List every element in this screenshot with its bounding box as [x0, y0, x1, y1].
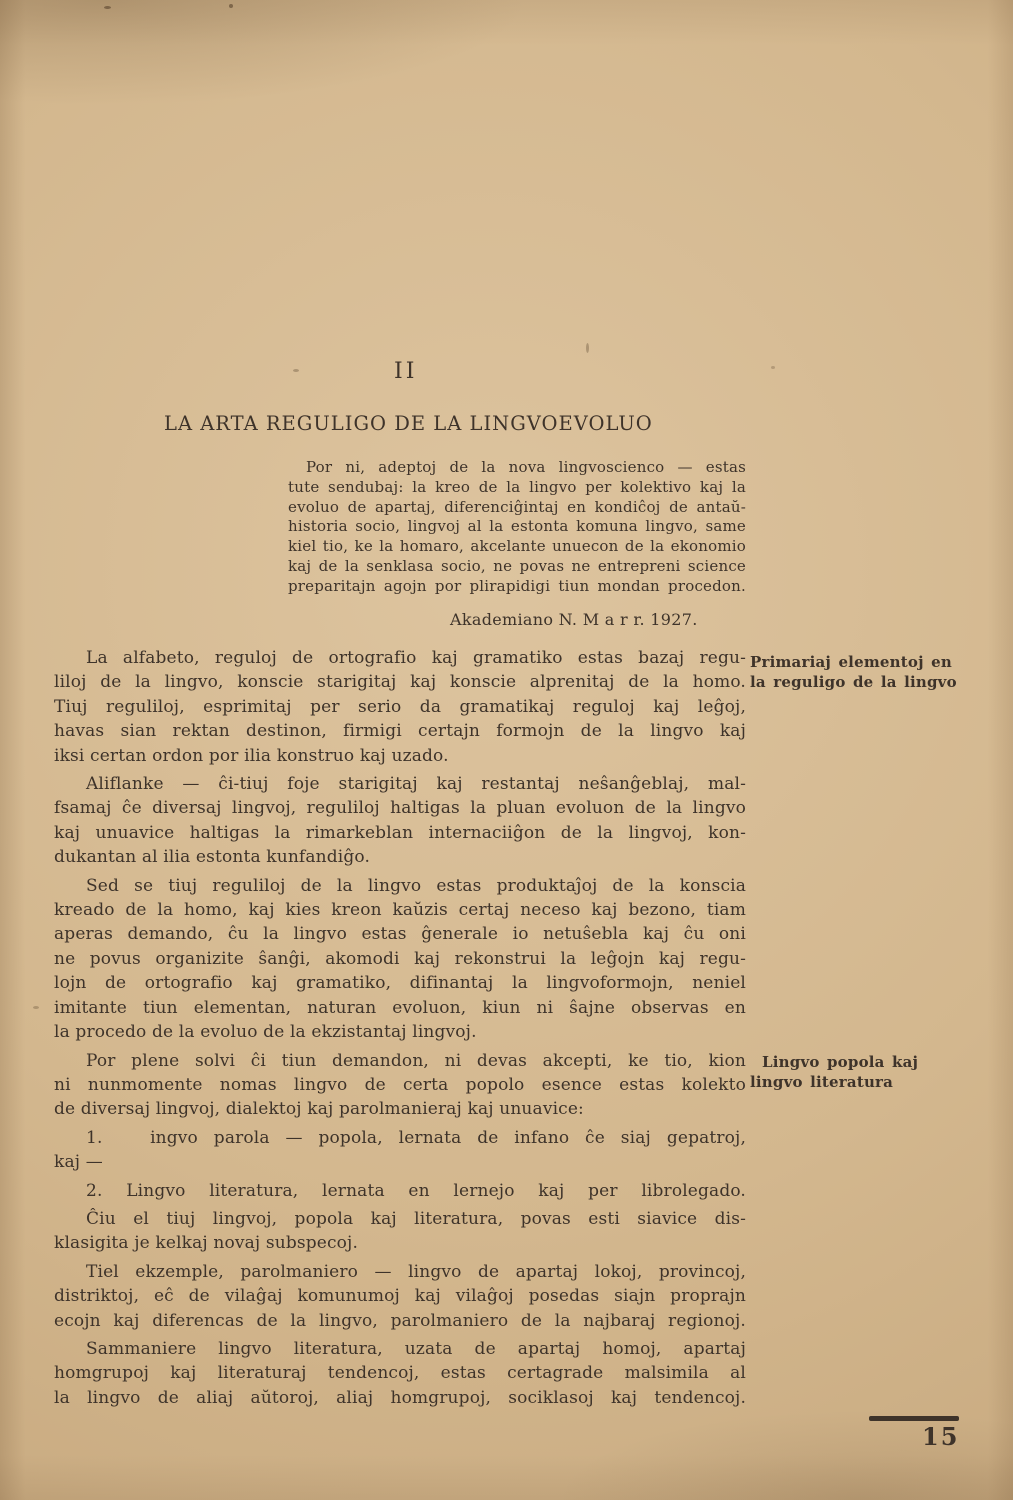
paragraph-chiu-el-tiuj: Ĉiu el tiuj lingvoj, popola kaj literatu… [54, 1207, 746, 1256]
footer-rule [869, 1416, 959, 1421]
text-line: Por plene solvi ĉi tiun demandon, ni dev… [54, 1049, 746, 1073]
text-line: la procedo de la evoluo de la ekzistanta… [54, 1020, 746, 1044]
paragraph-sed-se: Sed se tiuj reguliloj de la lingvo estas… [54, 874, 746, 1045]
text-line: Primariaj elementoj en [750, 652, 992, 672]
text-line: Sammaniere lingvo literatura, uzata de a… [54, 1337, 746, 1361]
paragraph-tiel-ekzemple: Tiel ekzemple, parolmaniero — lingvo de … [54, 1260, 746, 1333]
text-line: la lingvo de aliaj aŭtoroj, aliaj homgru… [54, 1386, 746, 1410]
text-line: liloj de la lingvo, konscie starigitaj k… [54, 670, 746, 694]
chapter-title: LA ARTA REGULIGO DE LA LINGVOEVOLUO [164, 412, 653, 435]
text-line: la reguligo de la lingvo [750, 672, 992, 692]
list-item-lingvo-parola: 1. ingvo parola — popola, lernata de inf… [54, 1126, 746, 1175]
text-line: kaj de la senklasa socio, ne povas ne en… [288, 557, 746, 577]
text-line: kiel tio, ke la homaro, akcelante unueco… [288, 537, 746, 557]
page-number: 15 [922, 1422, 959, 1451]
text-line: kaj — [54, 1150, 746, 1174]
paper-speck [33, 1006, 39, 1009]
text-line: preparitajn agojn por plirapidigi tiun m… [288, 577, 746, 597]
text-line: Ĉiu el tiuj lingvoj, popola kaj literatu… [54, 1207, 746, 1231]
text-line: 1. ingvo parola — popola, lernata de inf… [54, 1126, 746, 1150]
text-line: dukantan al ilia estonta kunfandiĝo. [54, 845, 746, 869]
paper-speck [229, 4, 233, 8]
text-line: Sed se tiuj reguliloj de la lingvo estas… [54, 874, 746, 898]
text-line: historia socio, lingvoj al la estonta ko… [288, 517, 746, 537]
text-line: kaj unuavice haltigas la rimarkeblan int… [54, 821, 746, 845]
text-line: lingvo literatura [750, 1072, 992, 1092]
text-line: distriktoj, eĉ de vilaĝaj komunumoj kaj … [54, 1284, 746, 1308]
paper-speck [586, 343, 589, 353]
book-page: II LA ARTA REGULIGO DE LA LINGVOEVOLUO P… [0, 0, 1013, 1500]
text-line: de diversaj lingvoj, dialektoj kaj parol… [54, 1097, 746, 1121]
text-line: Por ni, adeptoj de la nova lingvoscienco… [288, 458, 746, 478]
text-line: havas sian rektan destinon, firmigi cert… [54, 719, 746, 743]
margin-note-lingvo-popola: Lingvo popola kajlingvo literatura [750, 1052, 992, 1092]
epigraph-attribution: Akademiano N. M a r r. 1927. [450, 610, 698, 629]
text-line: kreado de la homo, kaj kies kreon kaŭzis… [54, 898, 746, 922]
margin-note-primariaj-elementoj: Primariaj elementoj enla reguligo de la … [750, 652, 992, 692]
text-line: klasigita je kelkaj novaj subspecoj. [54, 1231, 746, 1255]
paper-speck [104, 6, 111, 9]
text-line: aperas demando, ĉu la lingvo estas ĝener… [54, 922, 746, 946]
list-item-lingvo-literatura: 2. Lingvo literatura, lernata en lernejo… [54, 1179, 746, 1203]
text-line: Tiuj reguliloj, esprimitaj per serio da … [54, 695, 746, 719]
paragraph-por-plene: Por plene solvi ĉi tiun demandon, ni dev… [54, 1049, 746, 1122]
text-line: imitante tiun elementan, naturan evoluon… [54, 996, 746, 1020]
text-line: iksi certan ordon por ilia konstruo kaj … [54, 744, 746, 768]
text-line: ecojn kaj diferencas de la lingvo, parol… [54, 1309, 746, 1333]
text-line: Lingvo popola kaj [750, 1052, 992, 1072]
text-line: Tiel ekzemple, parolmaniero — lingvo de … [54, 1260, 746, 1284]
text-line: Aliflanke — ĉi-tiuj foje starigitaj kaj … [54, 772, 746, 796]
text-line: La alfabeto, reguloj de ortografio kaj g… [54, 646, 746, 670]
chapter-number: II [394, 359, 417, 384]
paragraph-aliflanke: Aliflanke — ĉi-tiuj foje starigitaj kaj … [54, 772, 746, 870]
text-line: 2. Lingvo literatura, lernata en lernejo… [54, 1179, 746, 1203]
text-line: ni nunmomente nomas lingvo de certa popo… [54, 1073, 746, 1097]
paper-speck [771, 366, 775, 369]
paper-speck [293, 369, 299, 372]
text-line: fsamaj ĉe diversaj lingvoj, reguliloj ha… [54, 796, 746, 820]
paragraph-sammaniere: Sammaniere lingvo literatura, uzata de a… [54, 1337, 746, 1410]
text-line: tute sendubaj: la kreo de la lingvo per … [288, 478, 746, 498]
text-line: lojn de ortografio kaj gramatiko, difina… [54, 971, 746, 995]
paragraph-primariaj: La alfabeto, reguloj de ortografio kaj g… [54, 646, 746, 768]
body-text-column: La alfabeto, reguloj de ortografio kaj g… [54, 646, 746, 1410]
text-line: evoluo de apartaj, diferenciĝintaj en ko… [288, 498, 746, 518]
epigraph: Por ni, adeptoj de la nova lingvoscienco… [288, 458, 746, 597]
text-line: homgrupoj kaj literaturaj tendencoj, est… [54, 1361, 746, 1385]
text-line: ne povus organizite ŝanĝi, akomodi kaj r… [54, 947, 746, 971]
